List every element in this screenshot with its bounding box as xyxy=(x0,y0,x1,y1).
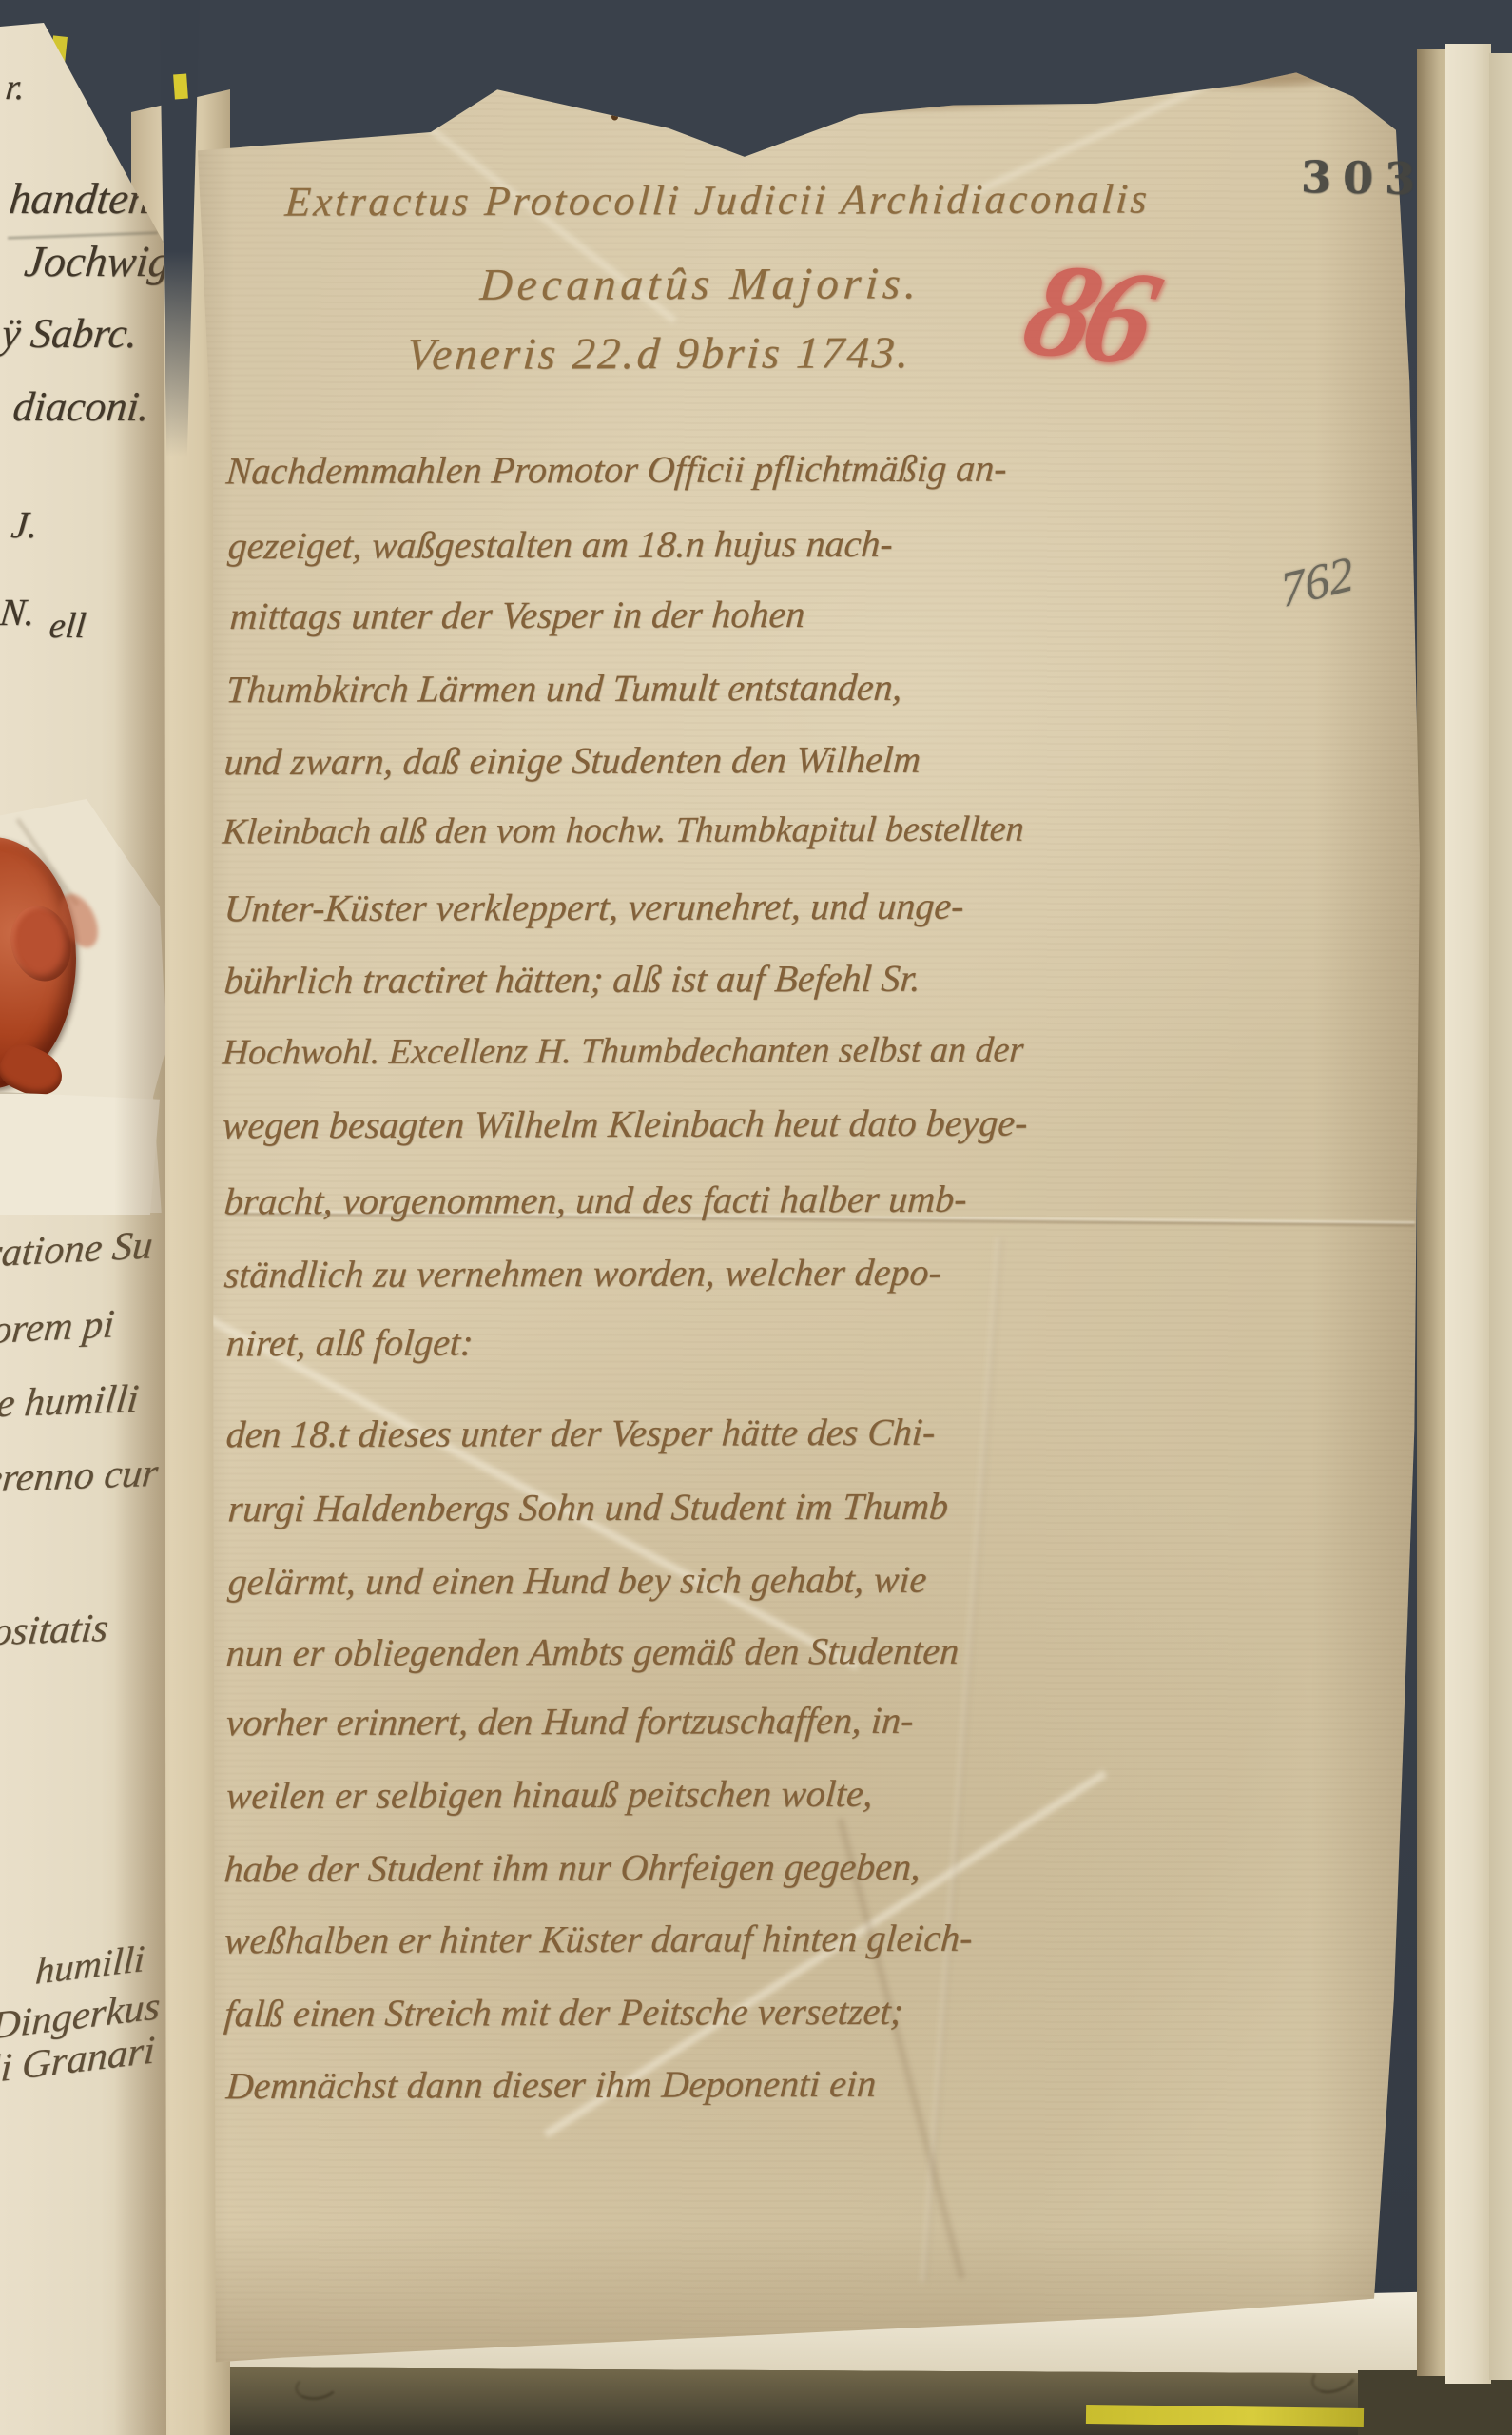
body-line: nun er obliegenden Ambts gemäß den Stude… xyxy=(224,1628,960,1676)
header-line-2: Decanatûs Majoris. xyxy=(478,258,922,311)
body-line: Thumbkirch Lärmen und Tumult entstanden, xyxy=(224,665,903,711)
body-line: Nachdemmahlen Promotor Officii pflichtmä… xyxy=(224,446,1008,494)
left-ink-fragment: N. xyxy=(0,590,37,634)
body-line: vorher erinnert, den Hund fortzuschaffen… xyxy=(224,1698,915,1745)
left-ink-fragment: r. xyxy=(4,67,28,108)
body-line: niret, alß folget: xyxy=(224,1320,475,1366)
ink-speck xyxy=(573,89,582,97)
body-line: bührlich tractiret hätten; alß ist auf B… xyxy=(223,956,921,1003)
body-line: weßhalben er hinter Küster darauf hinten… xyxy=(223,1916,974,1963)
body-line: Hochwohl. Excellenz H. Thumbdechanten se… xyxy=(221,1029,1024,1074)
body-line: Demnächst dann dieser ihm Deponenti ein xyxy=(224,2061,877,2108)
top-edge-stain xyxy=(298,42,459,99)
top-edge-stain xyxy=(1125,39,1372,88)
left-foreground-page: r. handten Jochwig ÿ Sabrc. diaconi. J. … xyxy=(0,0,166,2435)
left-ink-fragment: ell xyxy=(48,605,88,647)
manuscript-scan: Extractus Protocolli Judicii Archidiacon… xyxy=(0,0,1512,2435)
body-line: gelärmt, und einen Hund bey sich gehabt,… xyxy=(226,1557,928,1605)
top-edge-stain xyxy=(535,56,1125,110)
right-page-groove xyxy=(1417,49,1449,2376)
header-line-1: Extractus Protocolli Judicii Archidiacon… xyxy=(283,174,1151,225)
body-line: weilen er selbigen hinauß peitschen wolt… xyxy=(224,1771,874,1818)
body-line: rurgi Haldenbergs Sohn und Student im Th… xyxy=(226,1484,949,1531)
ink-speck xyxy=(611,114,618,121)
ink-speck xyxy=(1111,60,1118,67)
body-line: Unter-Küster verkleppert, verunehret, un… xyxy=(223,884,965,931)
body-line: Kleinbach alß den vom hochw. Thumbkapitu… xyxy=(221,808,1025,853)
body-line: habe der Student ihm nur Ohrfeigen gegeb… xyxy=(223,1844,921,1892)
page-number-stamp: 303 xyxy=(1301,151,1427,205)
body-line: wegen besagten Wilhelm Kleinbach heut da… xyxy=(221,1101,1029,1148)
right-page-edge xyxy=(1445,44,1491,2384)
left-page-edge-shade xyxy=(114,0,166,2435)
bleedthrough-mark xyxy=(293,2370,339,2403)
body-line: falß einen Streich mit der Peitsche vers… xyxy=(223,1989,904,2036)
body-line: und zwarn, daß einige Studenten den Wilh… xyxy=(223,737,921,785)
header-line-3-date: Veneris 22.d 9bris 1743. xyxy=(405,327,913,380)
body-line: ständlich zu vernehmen worden, welcher d… xyxy=(223,1250,942,1297)
latin-fragment: ositatis xyxy=(0,1606,110,1655)
body-line: mittags unter der Vesper in der hohen xyxy=(228,592,806,638)
left-ink-fragment: J. xyxy=(10,502,41,547)
body-line: gezeiget, waßgestalten am 18.n hujus nac… xyxy=(226,521,894,568)
latin-fragment: iorem pi xyxy=(0,1301,116,1354)
yellow-bookmark-strip xyxy=(1086,2405,1364,2427)
ink-speck xyxy=(863,74,873,82)
body-line: bracht, vorgenommen, und des facti halbe… xyxy=(223,1177,968,1224)
body-line: den 18.t dieses unter der Vesper hätte d… xyxy=(224,1410,937,1457)
yellow-bookmark-small xyxy=(173,74,188,100)
right-page-edge-outer xyxy=(1489,53,1512,2380)
